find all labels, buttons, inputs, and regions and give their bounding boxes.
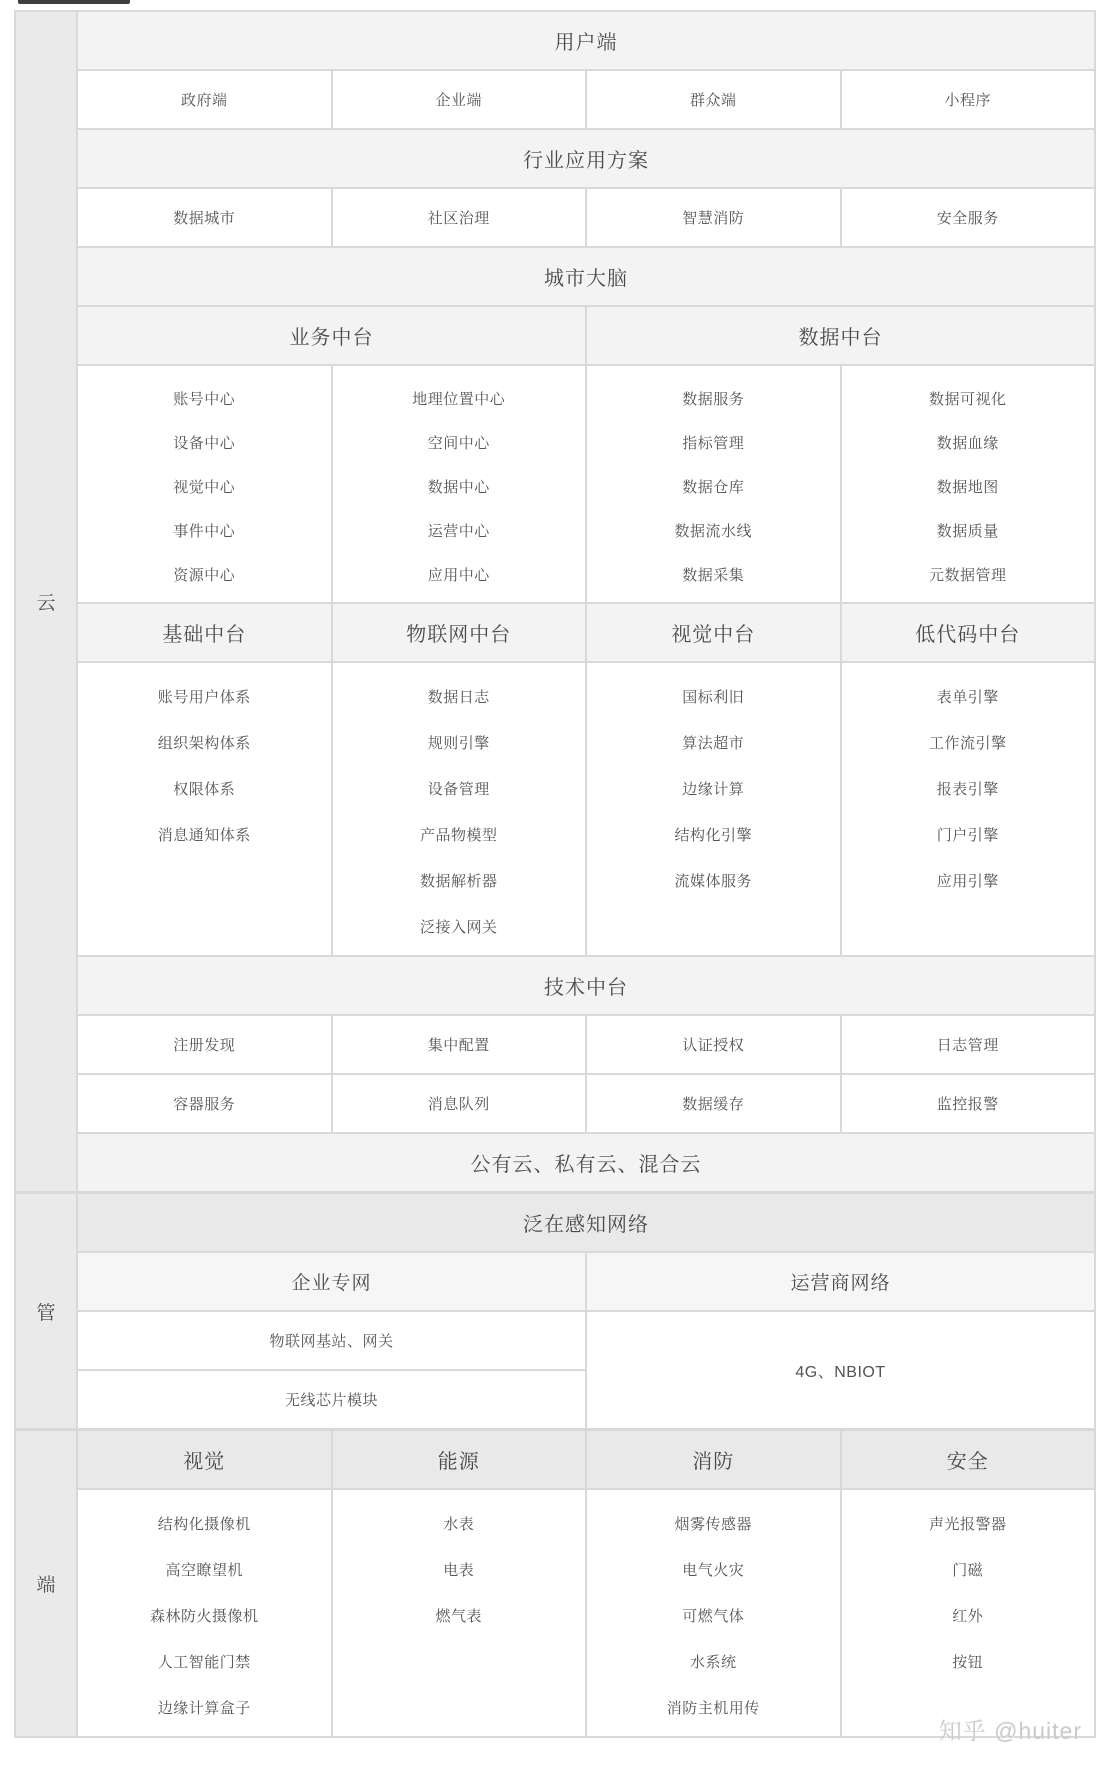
energy-device-col: 水表 电表 燃气表: [333, 1490, 586, 1736]
cloud-grid: 用户端 政府端 企业端 群众端 小程序 行业应用方案 数据城市 社区治理 智慧消…: [78, 12, 1094, 1191]
stack-item: 流媒体服务: [587, 857, 840, 903]
header-enterprise-network: 企业专网: [78, 1253, 585, 1310]
cell-industry-app: 智慧消防: [587, 189, 840, 246]
cell-tech-service: 集中配置: [333, 1016, 586, 1073]
stack-item: 运营中心: [333, 508, 586, 552]
header-base-platform: 基础中台: [78, 604, 331, 661]
vision-device-col: 结构化摄像机 高空瞭望机 森林防火摄像机 人工智能门禁 边缘计算盒子: [78, 1490, 331, 1736]
cell-user-endpoint: 政府端: [78, 71, 331, 128]
stack-item: 森林防火摄像机: [78, 1592, 331, 1638]
stack-item: 报表引擎: [842, 765, 1095, 811]
stack-item: 门磁: [842, 1546, 1095, 1592]
stack-item: 人工智能门禁: [78, 1638, 331, 1684]
stack-item: 组织架构体系: [78, 719, 331, 765]
header-city-brain: 城市大脑: [78, 248, 1094, 305]
header-energy: 能源: [333, 1431, 586, 1488]
stack-item: 数据质量: [842, 508, 1095, 552]
cloud-section: 云 用户端 政府端 企业端 群众端 小程序 行业应用方案 数据城市 社区治理 智…: [16, 12, 1094, 1191]
stack-item: 数据仓库: [587, 464, 840, 508]
cell-tech-service: 认证授权: [587, 1016, 840, 1073]
cell-tech-service: 消息队列: [333, 1075, 586, 1132]
stack-item: 应用引擎: [842, 857, 1095, 903]
data-platform-col1: 数据服务 指标管理 数据仓库 数据流水线 数据采集: [587, 366, 840, 602]
stack-item: 燃气表: [333, 1592, 586, 1638]
stack-item: 指标管理: [587, 420, 840, 464]
stack-item: 数据采集: [587, 552, 840, 596]
pipe-grid: 泛在感知网络 企业专网 运营商网络 物联网基站、网关 4G、NBIOT 无线芯片…: [78, 1194, 1094, 1428]
stack-item: 表单引擎: [842, 673, 1095, 719]
architecture-diagram: 云 用户端 政府端 企业端 群众端 小程序 行业应用方案 数据城市 社区治理 智…: [14, 10, 1096, 1738]
device-section: 端 视觉 能源 消防 安全 结构化摄像机 高空瞭望机 森林防火摄像机 人工智能门…: [16, 1431, 1094, 1736]
stack-item: 数据血缘: [842, 420, 1095, 464]
stack-item: 声光报警器: [842, 1500, 1095, 1546]
header-cloud-types: 公有云、私有云、混合云: [78, 1134, 1094, 1191]
header-sensing-network: 泛在感知网络: [78, 1194, 1094, 1251]
header-iot-platform: 物联网中台: [333, 604, 586, 661]
header-industry-solutions: 行业应用方案: [78, 130, 1094, 187]
stack-item: 边缘计算: [587, 765, 840, 811]
stack-item: 可燃气体: [587, 1592, 840, 1638]
stack-item: 事件中心: [78, 508, 331, 552]
stack-item: 结构化摄像机: [78, 1500, 331, 1546]
cell-user-endpoint: 小程序: [842, 71, 1095, 128]
stack-item: 数据可视化: [842, 376, 1095, 420]
stack-item: 泛接入网关: [333, 903, 586, 949]
stack-item: 资源中心: [78, 552, 331, 596]
stack-item: 设备中心: [78, 420, 331, 464]
stack-item: 视觉中心: [78, 464, 331, 508]
cell-tech-service: 日志管理: [842, 1016, 1095, 1073]
stack-item: 水表: [333, 1500, 586, 1546]
stack-item: 边缘计算盒子: [78, 1684, 331, 1730]
stack-item: 门户引擎: [842, 811, 1095, 857]
stack-item: 产品物模型: [333, 811, 586, 857]
header-tech-platform: 技术中台: [78, 957, 1094, 1014]
stack-item: 数据流水线: [587, 508, 840, 552]
stack-item: 结构化引擎: [587, 811, 840, 857]
vision-platform-col: 国标利旧 算法超市 边缘计算 结构化引擎 流媒体服务: [587, 663, 840, 955]
stack-item: 消息通知体系: [78, 811, 331, 857]
stack-item: 按钮: [842, 1638, 1095, 1684]
stack-item: 空间中心: [333, 420, 586, 464]
stack-item: 电表: [333, 1546, 586, 1592]
cell-industry-app: 数据城市: [78, 189, 331, 246]
stack-item: 数据地图: [842, 464, 1095, 508]
cell-carrier-network: 4G、NBIOT: [587, 1312, 1094, 1428]
header-security: 安全: [842, 1431, 1095, 1488]
header-data-platform: 数据中台: [587, 307, 1094, 364]
cell-tech-service: 注册发现: [78, 1016, 331, 1073]
stack-item: 数据日志: [333, 673, 586, 719]
header-vision-platform: 视觉中台: [587, 604, 840, 661]
top-left-bar: [18, 0, 130, 4]
data-platform-col2: 数据可视化 数据血缘 数据地图 数据质量 元数据管理: [842, 366, 1095, 602]
stack-item: 地理位置中心: [333, 376, 586, 420]
stack-item: 规则引擎: [333, 719, 586, 765]
stack-item: 高空瞭望机: [78, 1546, 331, 1592]
stack-item: 水系统: [587, 1638, 840, 1684]
stack-item: 数据中心: [333, 464, 586, 508]
cell-industry-app: 社区治理: [333, 189, 586, 246]
cell-enterprise-network: 物联网基站、网关: [78, 1312, 585, 1369]
stack-item: 元数据管理: [842, 552, 1095, 596]
header-user-side: 用户端: [78, 12, 1094, 69]
business-platform-col2: 地理位置中心 空间中心 数据中心 运营中心 应用中心: [333, 366, 586, 602]
cell-tech-service: 监控报警: [842, 1075, 1095, 1132]
header-lowcode-platform: 低代码中台: [842, 604, 1095, 661]
iot-platform-col: 数据日志 规则引擎 设备管理 产品物模型 数据解析器 泛接入网关: [333, 663, 586, 955]
rail-label-cloud: 云: [16, 12, 76, 1191]
device-grid: 视觉 能源 消防 安全 结构化摄像机 高空瞭望机 森林防火摄像机 人工智能门禁 …: [78, 1431, 1094, 1736]
stack-item: 电气火灾: [587, 1546, 840, 1592]
rail-label-pipe: 管: [16, 1194, 76, 1428]
stack-item: 烟雾传感器: [587, 1500, 840, 1546]
stack-item: 账号中心: [78, 376, 331, 420]
cell-tech-service: 数据缓存: [587, 1075, 840, 1132]
cell-industry-app: 安全服务: [842, 189, 1095, 246]
cell-user-endpoint: 企业端: [333, 71, 586, 128]
cell-user-endpoint: 群众端: [587, 71, 840, 128]
pipe-section: 管 泛在感知网络 企业专网 运营商网络 物联网基站、网关 4G、NBIOT 无线…: [16, 1194, 1094, 1428]
header-business-platform: 业务中台: [78, 307, 585, 364]
fire-device-col: 烟雾传感器 电气火灾 可燃气体 水系统 消防主机用传: [587, 1490, 840, 1736]
stack-item: 工作流引擎: [842, 719, 1095, 765]
security-device-col: 声光报警器 门磁 红外 按钮: [842, 1490, 1095, 1736]
stack-item: 数据服务: [587, 376, 840, 420]
header-carrier-network: 运营商网络: [587, 1253, 1094, 1310]
cell-enterprise-network: 无线芯片模块: [78, 1371, 585, 1428]
base-platform-col: 账号用户体系 组织架构体系 权限体系 消息通知体系: [78, 663, 331, 955]
stack-item: 应用中心: [333, 552, 586, 596]
stack-item: 数据解析器: [333, 857, 586, 903]
stack-item: 权限体系: [78, 765, 331, 811]
stack-item: 账号用户体系: [78, 673, 331, 719]
stack-item: 消防主机用传: [587, 1684, 840, 1730]
stack-item: 设备管理: [333, 765, 586, 811]
stack-item: 算法超市: [587, 719, 840, 765]
header-vision: 视觉: [78, 1431, 331, 1488]
watermark: 知乎 @huiter: [939, 1713, 1082, 1746]
stack-item: 红外: [842, 1592, 1095, 1638]
header-fire: 消防: [587, 1431, 840, 1488]
stack-item: 国标利旧: [587, 673, 840, 719]
business-platform-col1: 账号中心 设备中心 视觉中心 事件中心 资源中心: [78, 366, 331, 602]
rail-label-device: 端: [16, 1431, 76, 1736]
lowcode-platform-col: 表单引擎 工作流引擎 报表引擎 门户引擎 应用引擎: [842, 663, 1095, 955]
cell-tech-service: 容器服务: [78, 1075, 331, 1132]
